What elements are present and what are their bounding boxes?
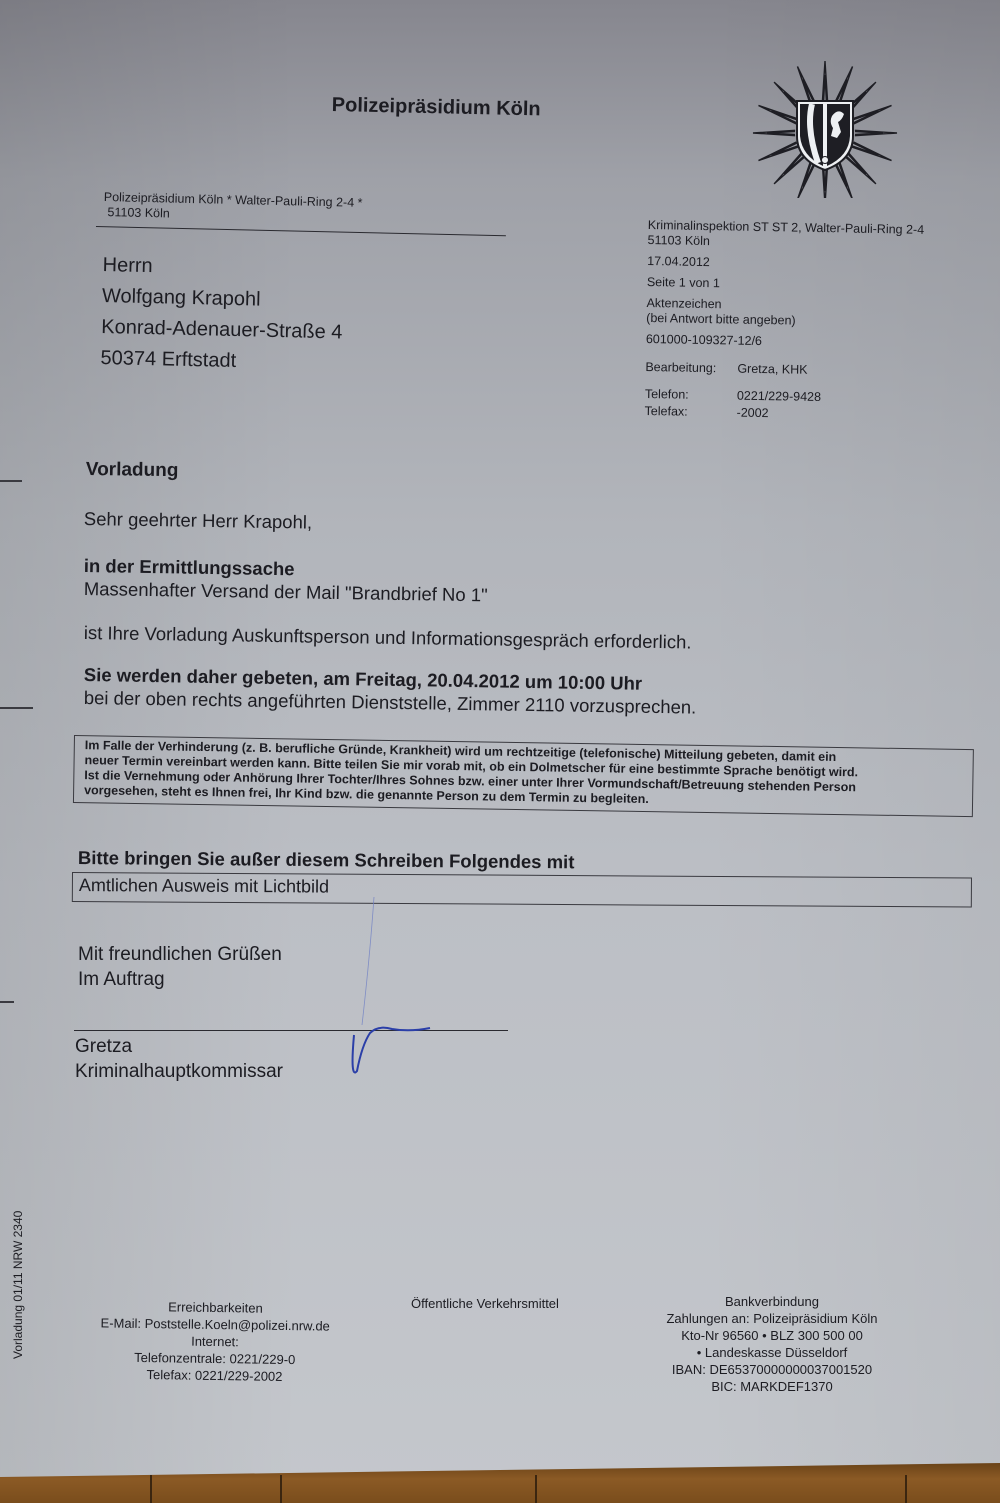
info-block: Kriminalinspektion ST ST 2, Walter-Pauli…: [644, 218, 924, 425]
bring-items-box: Amtlichen Ausweis mit Lichtbild: [72, 872, 972, 907]
footer-bank-payee: Zahlungen an: Polizeipräsidium Köln: [652, 1310, 892, 1327]
bring-item: Amtlichen Ausweis mit Lichtbild: [79, 875, 329, 897]
signer-title: Kriminalhauptkommissar: [75, 1059, 283, 1084]
footer-bank-name: • Landeskasse Düsseldorf: [652, 1344, 892, 1361]
handler-label: Bearbeitung:: [645, 359, 737, 378]
letterhead-title: Polizeipräsidium Köln: [332, 94, 541, 121]
fold-mark: [0, 1001, 14, 1003]
fax-value: -2002: [736, 405, 768, 423]
closing-regards: Mit freundlichen Grüßen: [78, 942, 282, 967]
footer-bank-iban: IBAN: DE65370000000037001520: [652, 1361, 892, 1378]
footer-reachability: Erreichbarkeiten E-Mail: Poststelle.Koel…: [69, 1297, 360, 1386]
closing-on-behalf: Im Auftrag: [78, 967, 282, 992]
fold-mark: [0, 480, 22, 482]
signer: Gretza Kriminalhauptkommissar: [75, 1034, 283, 1084]
sender-return-address: Polizeipräsidium Köln * Walter-Pauli-Rin…: [103, 190, 362, 226]
signer-name: Gretza: [75, 1034, 283, 1059]
footer-bank-account: Kto-Nr 96560 • BLZ 300 500 00: [652, 1327, 892, 1344]
footer-bank-title: Bankverbindung: [652, 1293, 892, 1310]
police-star-logo-icon: [750, 48, 900, 198]
handwritten-signature-icon: [340, 895, 450, 1085]
fax-label: Telefax:: [644, 403, 736, 422]
punch-mark: [0, 707, 33, 709]
footer-transit-title: Öffentliche Verkehrsmittel: [400, 1295, 570, 1312]
form-code: Vorladung 01/11 NRW 2340: [11, 1239, 25, 1359]
case-label: in der Ermittlungssache: [84, 555, 295, 580]
recipient-city: 50374 Erftstadt: [100, 343, 342, 379]
greeting: Sehr geehrter Herr Krapohl,: [84, 508, 313, 534]
recipient-address: Herrn Wolfgang Krapohl Konrad-Adenauer-S…: [100, 250, 344, 379]
phone-value: 0221/229-9428: [737, 388, 821, 406]
phone-label: Telefon:: [645, 386, 737, 405]
bring-items-title: Bitte bringen Sie außer diesem Schreiben…: [78, 847, 575, 873]
footer-bank-bic: BIC: MARKDEF1370: [652, 1378, 892, 1395]
closing: Mit freundlichen Grüßen Im Auftrag: [78, 942, 282, 992]
footer-transit: Öffentliche Verkehrsmittel: [400, 1295, 570, 1312]
subject-title: Vorladung: [86, 459, 179, 482]
handler-value: Gretza, KHK: [737, 361, 807, 379]
footer-bank: Bankverbindung Zahlungen an: Polizeipräs…: [652, 1293, 892, 1395]
notice-box: Im Falle der Verhinderung (z. B. berufli…: [73, 735, 974, 817]
